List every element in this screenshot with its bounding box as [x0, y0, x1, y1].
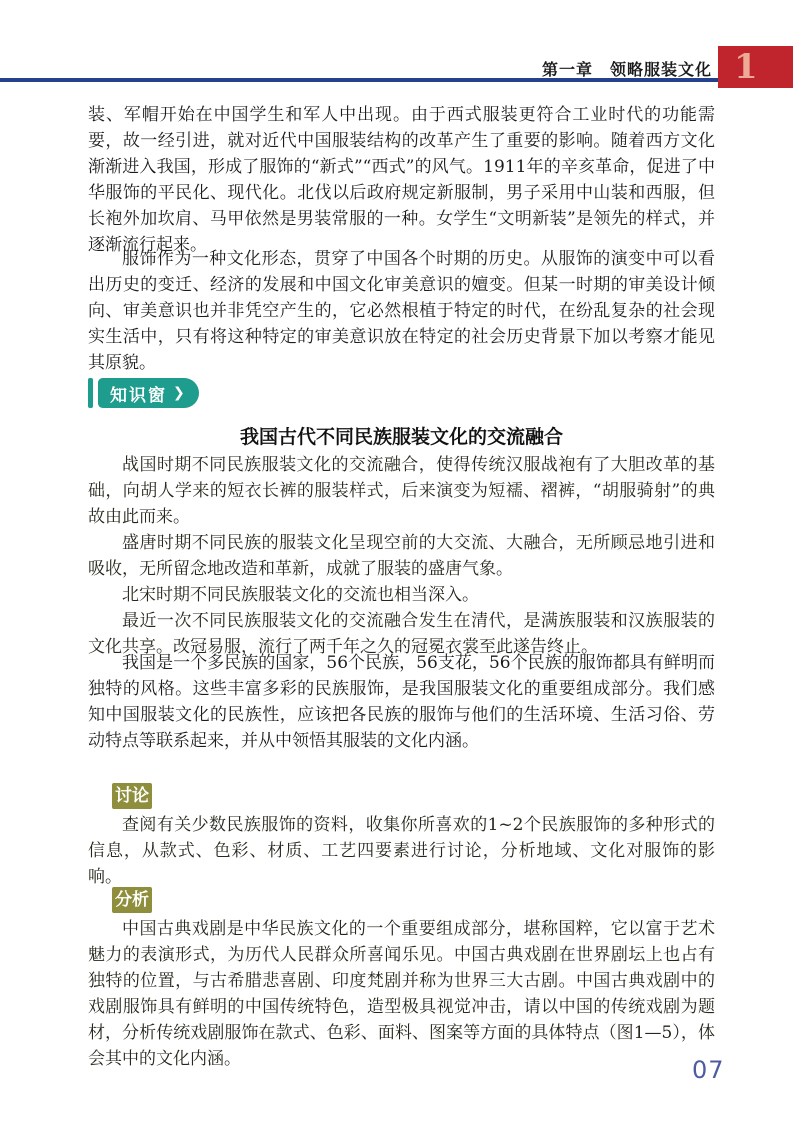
discussion-badge: 讨论 — [112, 783, 152, 809]
knowledge-window-badge: 知识窗 ❯ — [88, 378, 199, 408]
analysis-badge: 分析 — [112, 887, 152, 913]
knowledge-window-body: 战国时期不同民族服装文化的交流融合，使得传统汉服战袍有了大胆改革的基础，向胡人学… — [88, 452, 715, 660]
content-column: 装、军帽开始在中国学生和军人中出现。由于西式服装更符合工业时代的功能需要，故一经… — [88, 0, 715, 1123]
intro-paragraph-2: 服饰作为一种文化形态，贯穿了中国各个时期的历史。从服饰的演变中可以看出历史的变迁… — [88, 246, 715, 376]
knowledge-window-pill: 知识窗 ❯ — [98, 378, 199, 408]
textbook-page: 第一章 领略服装文化 1 装、军帽开始在中国学生和军人中出现。由于西式服装更符合… — [0, 0, 793, 1123]
discussion-paragraph: 查阅有关少数民族服饰的资料，收集你所喜欢的1~2个民族服饰的多种形式的信息，从款… — [88, 812, 715, 890]
chapter-number-box: 1 — [718, 46, 793, 88]
chapter-number: 1 — [734, 50, 758, 84]
page-number: 07 — [692, 1056, 725, 1084]
chevron-right-icon: ❯ — [173, 385, 185, 401]
intro-paragraph-1: 装、军帽开始在中国学生和军人中出现。由于西式服装更符合工业时代的功能需要，故一经… — [88, 102, 715, 258]
badge-accent-bar — [88, 378, 93, 408]
knowledge-window-title: 我国古代不同民族服装文化的交流融合 — [88, 422, 715, 449]
analysis-paragraph: 中国古典戏剧是中华民族文化的一个重要组成部分，堪称国粹，它以富于艺术魅力的表演形… — [88, 916, 715, 1072]
kw-paragraph-1: 战国时期不同民族服装文化的交流融合，使得传统汉服战袍有了大胆改革的基础，向胡人学… — [88, 452, 715, 530]
main-paragraph: 我国是一个多民族的国家，56个民族，56支花，56个民族的服饰都具有鲜明而独特的… — [88, 650, 715, 754]
kw-paragraph-2: 盛唐时期不同民族的服装文化呈现空前的大交流、大融合，无所顾忌地引进和吸收，无所留… — [88, 530, 715, 582]
knowledge-window-label: 知识窗 — [110, 381, 167, 406]
kw-paragraph-3: 北宋时期不同民族服装文化的交流也相当深入。 — [88, 582, 715, 608]
